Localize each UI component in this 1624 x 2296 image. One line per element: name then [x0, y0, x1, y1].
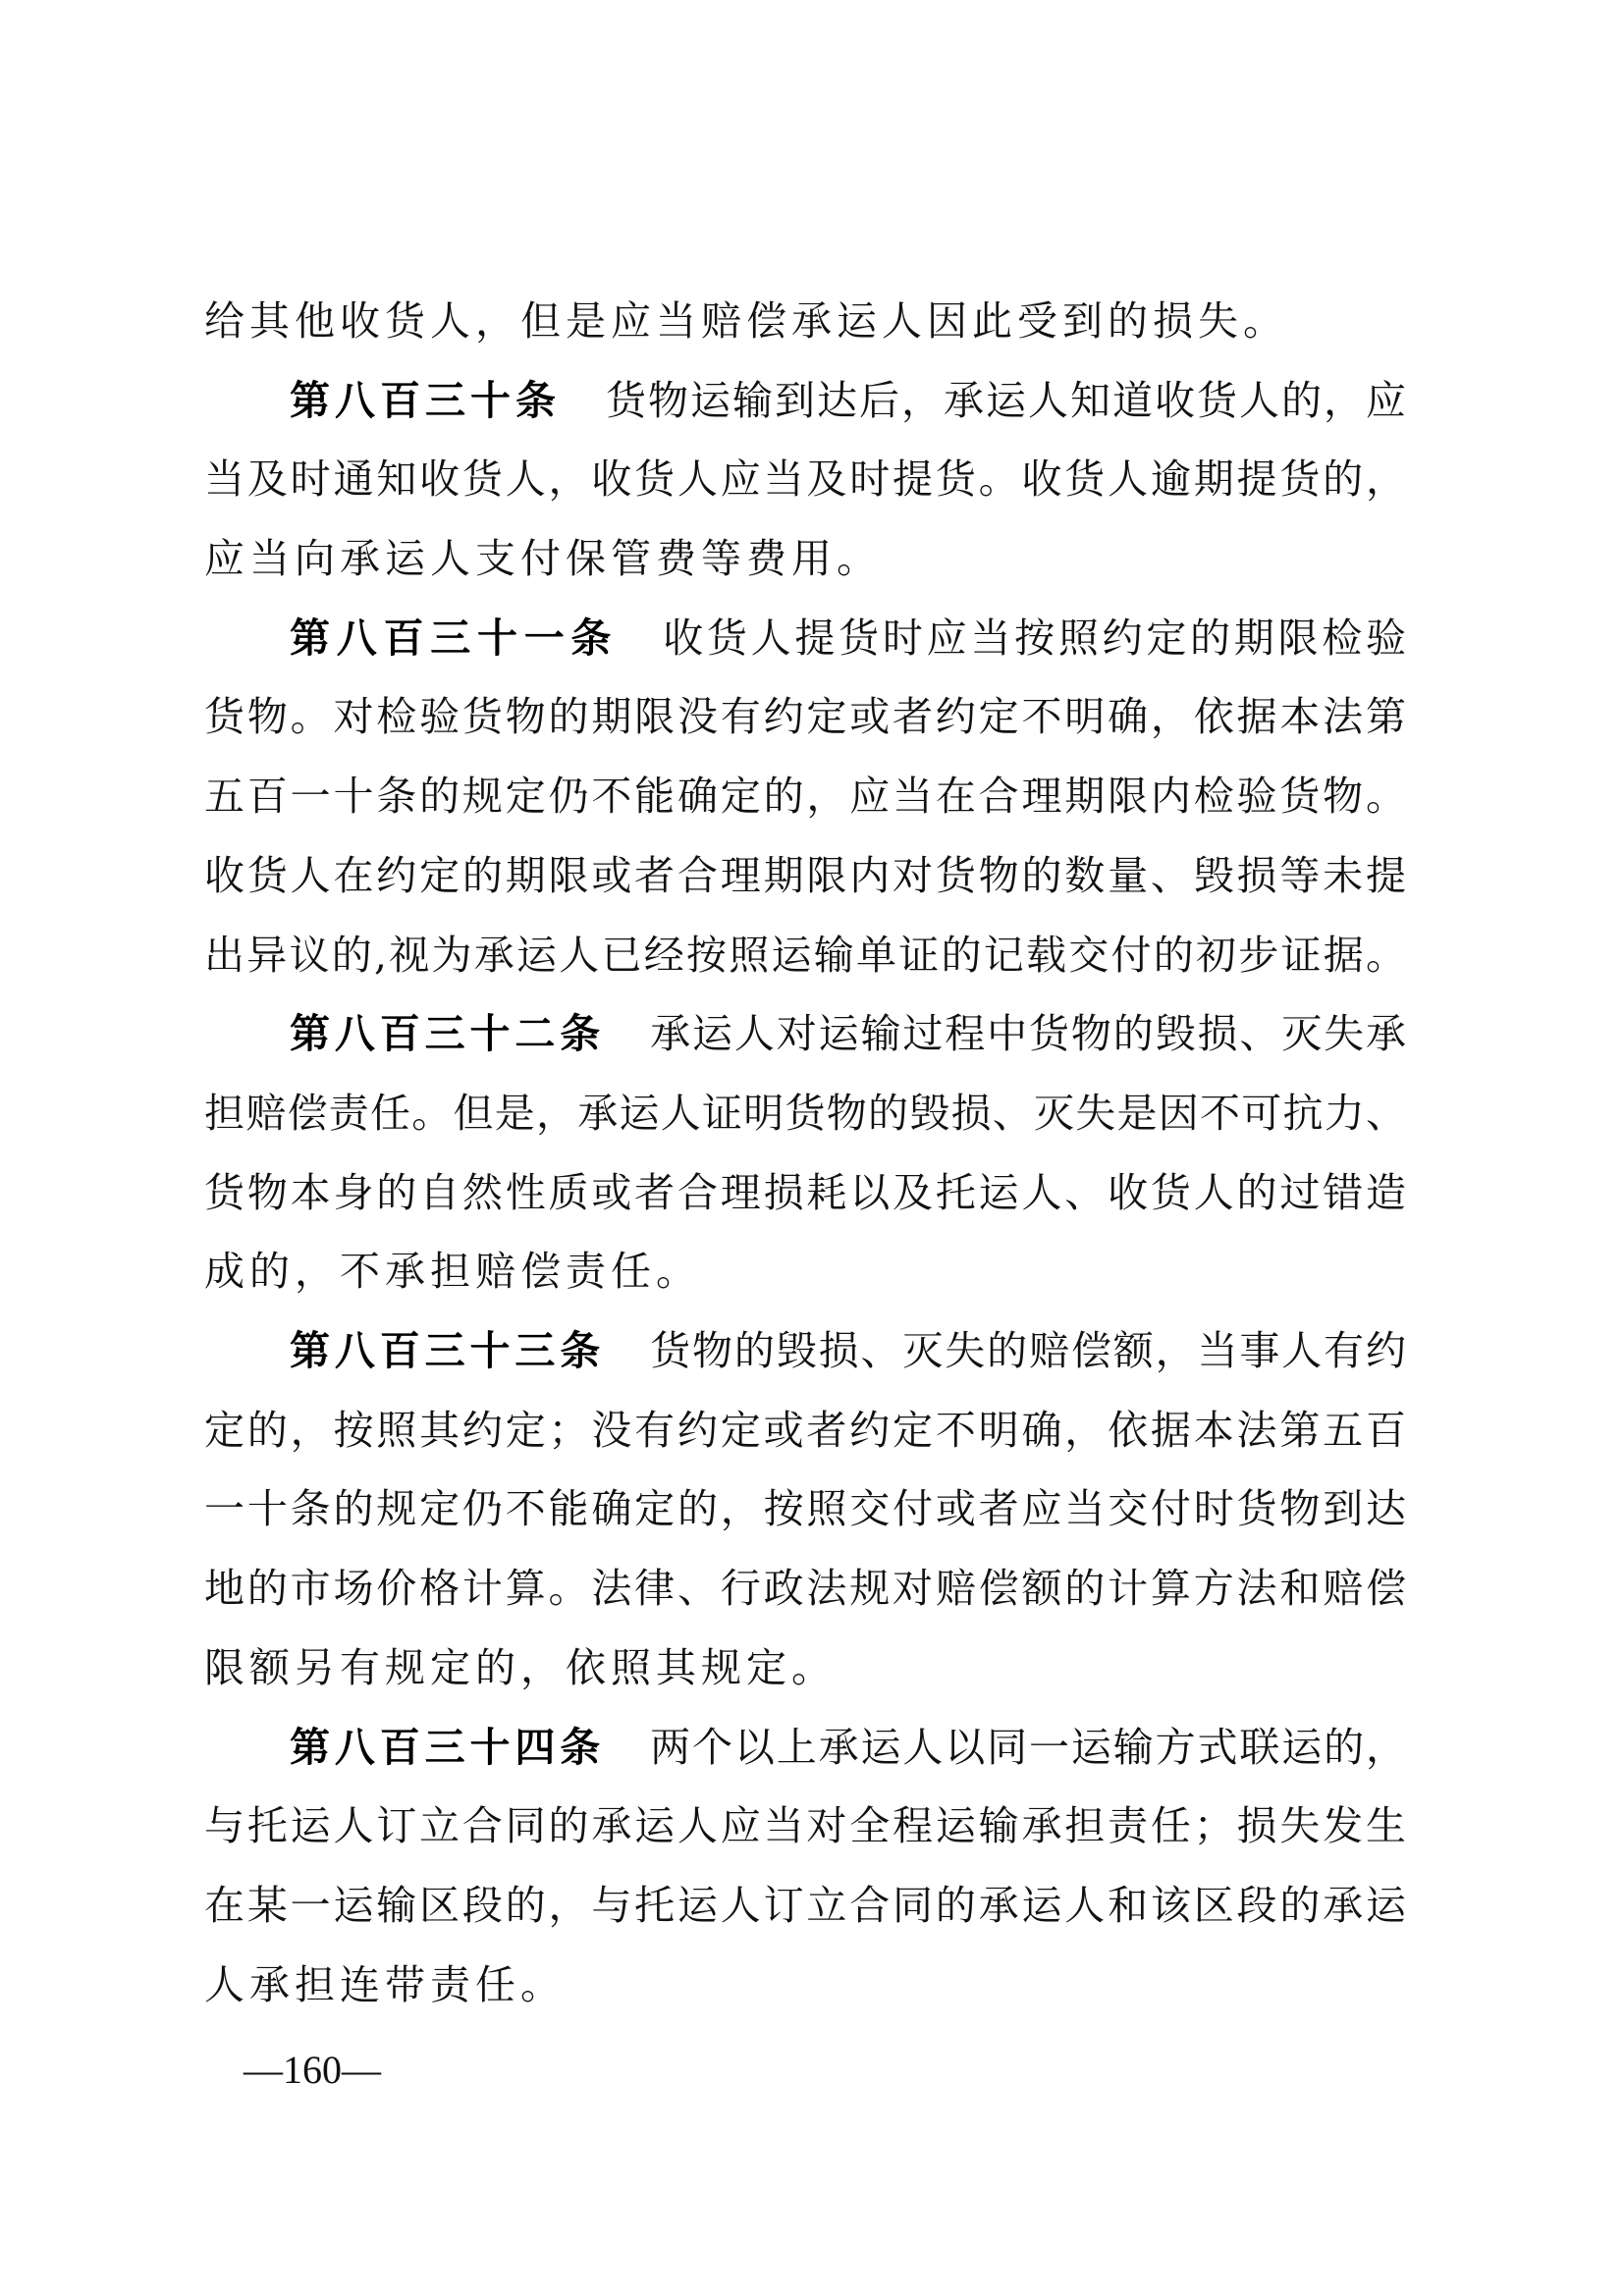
text-line: 出异议的,视为承运人已经按照运输单证的记载交付的初步证据。	[204, 926, 1406, 985]
line-text: 货物本身的自然性质或者合理损耗以及托运人、收货人的过错造	[204, 1169, 1406, 1216]
line-text: 收货人提货时应当按照约定的期限检验	[663, 614, 1406, 662]
text-line: 货物。对检验货物的期限没有约定或者约定不明确，依据本法第	[204, 687, 1406, 746]
text-line: 人承担连带责任。	[204, 1955, 1406, 2014]
line-text: 在某一运输区段的，与托运人订立合同的承运人和该区段的承运	[204, 1882, 1406, 1929]
text-line: 在某一运输区段的，与托运人订立合同的承运人和该区段的承运	[204, 1876, 1406, 1935]
text-line: 当及时通知收货人，收货人应当及时提货。收货人逾期提货的，	[204, 450, 1406, 508]
text-line: 与托运人订立合同的承运人应当对全程运输承担责任；损失发生	[204, 1796, 1406, 1855]
line-text: 承运人对运输过程中货物的毁损、灭失承	[650, 1010, 1406, 1057]
line-text: 货物运输到达后，承运人知道收货人的，应	[606, 377, 1406, 424]
line-text: 当及时通知收货人，收货人应当及时提货。收货人逾期提货的，	[204, 455, 1406, 503]
text-line: 限额另有规定的，依照其规定。	[204, 1638, 1406, 1697]
article-number: 第八百三十四条	[290, 1724, 605, 1771]
line-text: 给其他收货人，但是应当赔偿承运人因此受到的损失。	[204, 297, 1288, 345]
text-line: 地的市场价格计算。法律、行政法规对赔偿额的计算方法和赔偿	[204, 1559, 1406, 1618]
article-number: 第八百三十二条	[290, 1010, 605, 1057]
line-text: 担赔偿责任。但是，承运人证明货物的毁损、灭失是因不可抗力、	[204, 1090, 1406, 1137]
line-text: 一十条的规定仍不能确定的，按照交付或者应当交付时货物到达	[204, 1485, 1406, 1532]
line-text: 人承担连带责任。	[204, 1961, 566, 2008]
page-number: —160—	[244, 2046, 381, 2095]
text-line: 五百一十条的规定仍不能确定的，应当在合理期限内检验货物。	[204, 767, 1406, 826]
article-heading-line: 第八百三十一条收货人提货时应当按照约定的期限检验	[290, 609, 1406, 667]
text-line: 货物本身的自然性质或者合理损耗以及托运人、收货人的过错造	[204, 1163, 1406, 1222]
line-text: 收货人在约定的期限或者合理期限内对货物的数量、毁损等未提	[204, 852, 1406, 899]
article-number: 第八百三十三条	[290, 1327, 605, 1374]
text-line: 一十条的规定仍不能确定的，按照交付或者应当交付时货物到达	[204, 1479, 1406, 1538]
article-heading-line: 第八百三十四条两个以上承运人以同一运输方式联运的，	[290, 1718, 1406, 1777]
line-text: 成的，不承担赔偿责任。	[204, 1248, 701, 1295]
text-line: 担赔偿责任。但是，承运人证明货物的毁损、灭失是因不可抗力、	[204, 1084, 1406, 1143]
line-text: 应当向承运人支付保管费等费用。	[204, 535, 882, 582]
line-text: 货物的毁损、灭失的赔偿额，当事人有约	[650, 1327, 1406, 1374]
line-text: 定的，按照其约定；没有约定或者约定不明确，依据本法第五百	[204, 1407, 1406, 1454]
text-line: 成的，不承担赔偿责任。	[204, 1242, 1406, 1301]
text-line: 收货人在约定的期限或者合理期限内对货物的数量、毁损等未提	[204, 846, 1406, 905]
article-number: 第八百三十一条	[290, 614, 618, 662]
document-page: 给其他收货人，但是应当赔偿承运人因此受到的损失。 第八百三十条货物运输到达后，承…	[0, 0, 1624, 2296]
text-line: 给其他收货人，但是应当赔偿承运人因此受到的损失。	[204, 292, 1406, 350]
line-text: 限额另有规定的，依照其规定。	[204, 1644, 837, 1691]
article-heading-line: 第八百三十三条货物的毁损、灭失的赔偿额，当事人有约	[290, 1321, 1406, 1380]
line-text: 出异议的,视为承运人已经按照运输单证的记载交付的初步证据。	[204, 932, 1406, 979]
article-number: 第八百三十条	[290, 377, 561, 424]
article-heading-line: 第八百三十二条承运人对运输过程中货物的毁损、灭失承	[290, 1004, 1406, 1063]
line-text: 五百一十条的规定仍不能确定的，应当在合理期限内检验货物。	[204, 773, 1406, 820]
line-text: 地的市场价格计算。法律、行政法规对赔偿额的计算方法和赔偿	[204, 1565, 1406, 1612]
line-text: 与托运人订立合同的承运人应当对全程运输承担责任；损失发生	[204, 1802, 1406, 1849]
line-text: 货物。对检验货物的期限没有约定或者约定不明确，依据本法第	[204, 693, 1406, 740]
text-line: 应当向承运人支付保管费等费用。	[204, 529, 1406, 588]
line-text: 两个以上承运人以同一运输方式联运的，	[650, 1724, 1406, 1771]
text-line: 定的，按照其约定；没有约定或者约定不明确，依据本法第五百	[204, 1401, 1406, 1460]
article-heading-line: 第八百三十条货物运输到达后，承运人知道收货人的，应	[290, 371, 1406, 430]
